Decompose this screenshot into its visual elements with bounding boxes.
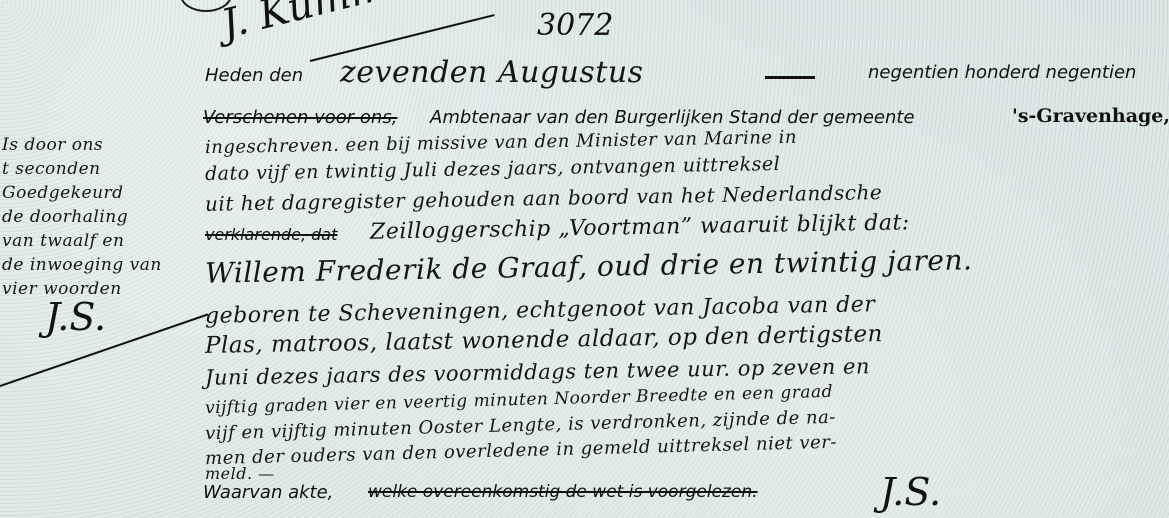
- margin-line-1: Is door ons: [2, 133, 202, 157]
- registrar-signature: J. Kümm: [217, 0, 392, 48]
- body-line-12: meld. —: [205, 464, 275, 483]
- footer-initials: J.S.: [880, 470, 941, 514]
- struck-closing-text: welke overeenkomstig de wet is voorgelez…: [368, 482, 758, 502]
- margin-annotation: Is door ons t seconden Goedgekeurd de do…: [2, 133, 202, 301]
- margin-line-4: de doorhaling: [2, 205, 202, 229]
- handwritten-date: zevenden Augustus: [340, 55, 644, 90]
- scanned-document-page: J. Kümm 3072 Heden den zevenden Augustus…: [0, 0, 1169, 518]
- margin-line-3: Goedgekeurd: [2, 181, 202, 205]
- struck-declaring: verklarende, dat: [205, 225, 337, 244]
- form-date-prefix: Heden den: [205, 65, 303, 86]
- margin-line-2: t seconden: [2, 157, 202, 181]
- margin-line-5: van twaalf en: [2, 229, 202, 253]
- struck-appeared-before: Verschenen voor ons,: [203, 107, 397, 128]
- registrar-text: Ambtenaar van den Burgerlijken Stand der…: [430, 107, 915, 128]
- body-line-4: Zeilloggerschip „Voortman” waaruit blijk…: [370, 210, 910, 244]
- margin-initials: J.S.: [45, 295, 106, 339]
- closing-prefix: Waarvan akte,: [203, 482, 333, 503]
- margin-line-6: de inwoeging van: [2, 253, 202, 277]
- body-line-2: dato vijf en twintig Juli dezes jaars, o…: [205, 153, 781, 185]
- body-line-3: uit het dagregister gehouden aan boord v…: [205, 180, 883, 216]
- deceased-name-line: Willem Frederik de Graaf, oud drie en tw…: [205, 243, 973, 289]
- date-dash: [765, 76, 815, 79]
- record-number: 3072: [537, 8, 613, 43]
- form-year: negentien honderd negentien: [868, 62, 1136, 83]
- municipality-name: 's-Gravenhage,: [1012, 105, 1169, 127]
